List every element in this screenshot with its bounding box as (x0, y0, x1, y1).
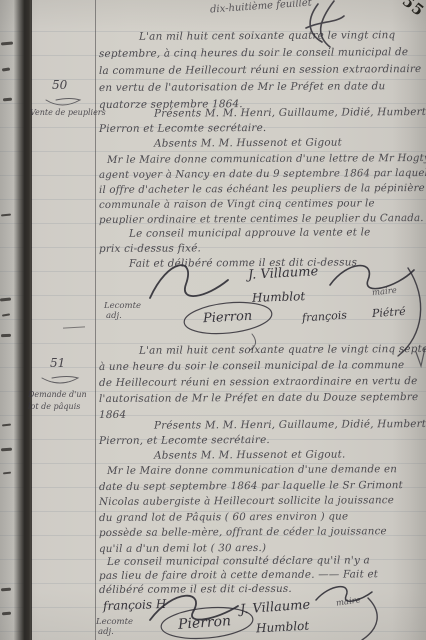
signature-lecomte-1: Lecomte (104, 302, 141, 311)
ink-fragment (0, 298, 11, 302)
ink-fragment (2, 67, 10, 71)
ink-fragment (1, 588, 11, 592)
manuscript-line: L'an mil huit cent soixante quatre le vi… (99, 341, 423, 359)
manuscript-line: possède sa belle-mère, offrant de céder … (99, 524, 423, 541)
ink-fragment (2, 612, 11, 616)
margin-entry-title-1: Vente de peupliers (30, 108, 106, 117)
ink-fragment (1, 213, 11, 216)
ink-fragment (2, 423, 11, 426)
margin-rule (95, 0, 96, 640)
entry2-opening: L'an mil huit cent soixante quatre le vi… (99, 342, 423, 422)
margin-entry-number-50: 50 (52, 78, 67, 92)
margin-entry-title-2-line2: lot de pâquis (28, 402, 80, 411)
entry2-deliberation: Mr le Maire donne communication d'une de… (99, 463, 423, 556)
manuscript-line: l'autorisation de Mr le Préfet en date d… (99, 389, 423, 407)
signature-lecomte-adj-1: adj. (106, 312, 122, 321)
signature-pietre-1: Piétré (372, 305, 406, 320)
margin-entry-title-2-line1: Demande d'un (28, 390, 87, 399)
manuscript-line: en vertu de l'autorisation de Mr le Préf… (99, 78, 423, 97)
ink-fragment (3, 98, 12, 102)
manuscript-line: à une heure du soir le conseil municipal… (99, 357, 423, 375)
facing-page-edge (0, 0, 15, 640)
manuscript-line: de Heillecourt réuni en session extraord… (99, 373, 423, 391)
manuscript-line: septembre, à cinq heures du soir le cons… (99, 44, 423, 63)
signature-lecomte-2: Lecomte (96, 618, 133, 627)
margin-entry-number-51: 51 (50, 356, 65, 370)
signature-humblot-1: Humblot (252, 289, 306, 305)
ink-fragment (3, 472, 11, 475)
manuscript-line: Mr le Maire donne communication d'une de… (99, 462, 423, 479)
signature-pierron-1: Pierron (203, 309, 253, 327)
entry2-decision: Le conseil municipal consulté déclare qu… (99, 554, 423, 596)
ink-fragment (1, 448, 12, 452)
manuscript-line: délibéré comme il est dit ci-dessus. (99, 581, 423, 597)
manuscript-line: la commune de Heillecourt réuni en sessi… (99, 61, 423, 80)
ink-fragment (2, 313, 10, 316)
signature-lecomte-adj-2: adj. (98, 628, 114, 637)
manuscript-line: prix ci-dessus fixé. (99, 240, 423, 257)
signature-francois-2: françois H (103, 597, 167, 613)
entry1-opening: L'an mil huit cent soixante quatre le vi… (99, 28, 423, 113)
entry1-decision: Le conseil municipal approuve la vente e… (99, 226, 423, 256)
signature-humblot-2: Humblot (256, 619, 310, 636)
manuscript-line: Absents M. M. Hussenot et Gigout (99, 135, 423, 152)
manuscript-page-scan: dix-huitième feuillet 55 50 Vente de peu… (0, 0, 426, 640)
manuscript-line: Nicolas aubergiste à Heillecourt sollici… (99, 493, 423, 510)
ink-fragment (1, 41, 13, 45)
manuscript-line: L'an mil huit cent soixante quatre le vi… (99, 27, 423, 46)
ink-fragment (1, 334, 11, 338)
entry2-attendance: Présents M. M. Henri, Guillaume, Didié, … (99, 418, 423, 463)
entry1-attendance: Présents M. M. Henri, Guillaume, Didié, … (99, 106, 423, 151)
entry1-deliberation: Mr le Maire donne communication d'une le… (99, 152, 423, 227)
binding-shadow (14, 0, 32, 640)
